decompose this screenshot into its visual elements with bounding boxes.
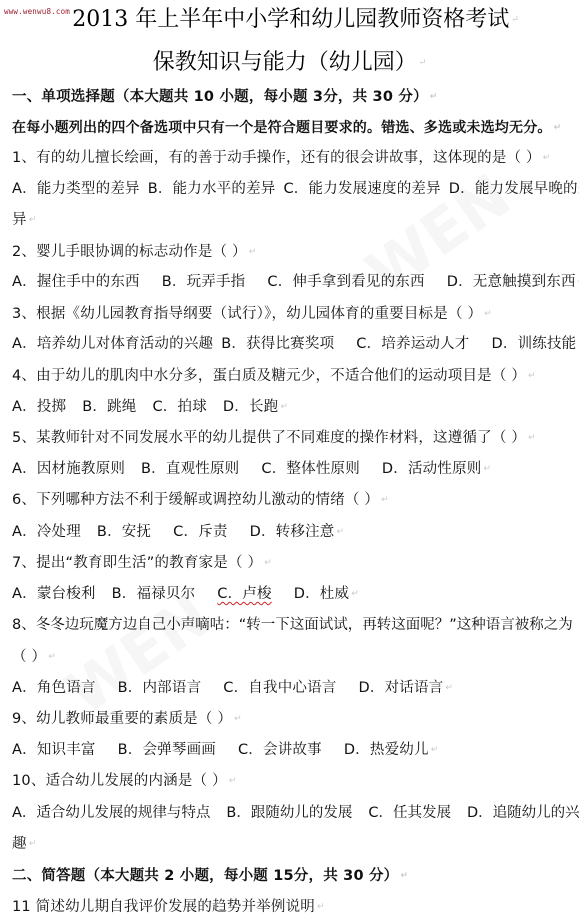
option-a: A．因材施教原则 — [12, 458, 125, 480]
document-subtitle: 保教知识与能力（幼儿园）↵ — [0, 45, 579, 76]
question-4-stem: 4、由于幼儿的肌肉中水分多，蛋白质及糖元少，不适合他们的运动项目是（ ）↵ — [12, 365, 573, 387]
option-b: B．跳绳 — [82, 396, 136, 418]
option-b: B．会弹琴画画 — [118, 739, 216, 761]
option-a: A．能力类型的差异 — [12, 178, 140, 200]
option-d: D．追随幼儿的兴 — [467, 802, 579, 824]
option-b: B．福禄贝尔 — [112, 583, 196, 605]
option-a: A．适合幼儿发展的规律与特点 — [12, 802, 210, 824]
option-a: A．培养幼儿对体育活动的兴趣 — [12, 333, 213, 355]
question-9-stem: 9、幼儿教师最重要的素质是（ ）↵ — [12, 708, 573, 730]
section1-heading: 一、单项选择题（本大题共 10 小题，每小题 3分，共 30 分）↵ — [12, 86, 573, 108]
question-5-stem: 5、某教师针对不同发展水平的幼儿提供了不同难度的操作材料，这遵循了（ ）↵ — [12, 427, 573, 449]
option-c: C．自我中心语言 — [223, 677, 336, 699]
question-1-options-wrap: 异↵ — [12, 209, 573, 231]
question-1-options: A．能力类型的差异B．能力水平的差异C．能力发展速度的差异D．能力发展早晚的差 — [12, 178, 573, 200]
option-c: C．培养运动人才 — [356, 333, 469, 355]
option-a: A．知识丰富 — [12, 739, 96, 761]
option-c: C．伸手拿到看见的东西 — [267, 271, 424, 293]
option-b: B．能力水平的差异 — [148, 178, 276, 200]
option-d: D．对话语言 — [359, 677, 444, 699]
option-c: C．会讲故事 — [238, 739, 322, 761]
question-2-stem: 2、婴儿手眼协调的标志动作是（ ）↵ — [12, 241, 573, 263]
option-a: A．握住手中的东西 — [12, 271, 140, 293]
option-d: D．训练技能 — [492, 333, 577, 355]
question-6-stem: 6、下列哪种方法不利于缓解或调控幼儿激动的情绪（ ）↵ — [12, 489, 573, 511]
question-4-options: A．投掷B．跳绳C．拍球D．长跑↵ — [12, 396, 573, 418]
option-b: B．安抚 — [97, 521, 151, 543]
option-d: D．能力发展早晚的差 — [449, 178, 579, 200]
question-1-stem: 1、有的幼儿擅长绘画，有的善于动手操作，还有的很会讲故事，这体现的是（ ）↵ — [12, 147, 573, 169]
question-7-stem: 7、提出“教育即生活”的教育家是（ ）↵ — [12, 552, 573, 574]
question-3-options: A．培养幼儿对体育活动的兴趣B．获得比赛奖项C．培养运动人才D．训练技能↵ — [12, 333, 573, 355]
option-c: C．卢梭 — [217, 583, 271, 605]
question-8-stem: 8、冬冬边玩魔方边自己小声嘀咕：“转一下这面试试，再转这面呢？”这种语言被称之为 — [12, 614, 573, 636]
option-d: D．热爱幼儿 — [344, 739, 429, 761]
option-b: B．获得比赛奖项 — [221, 333, 334, 355]
question-10-options: A．适合幼儿发展的规律与特点B．跟随幼儿的发展C．任其发展D．追随幼儿的兴 — [12, 802, 573, 824]
option-a: A．蒙台梭利 — [12, 583, 96, 605]
question-10-options-wrap: 趣↵ — [12, 833, 573, 855]
option-b: B．直观性原则 — [141, 458, 239, 480]
option-a: A．角色语言 — [12, 677, 96, 699]
option-b: B．内部语言 — [118, 677, 202, 699]
question-8-stem-wrap: （ ）↵ — [12, 646, 573, 668]
option-d: D．无意触摸到东西 — [447, 271, 576, 293]
option-d: D．转移注意 — [250, 521, 335, 543]
option-d: D．活动性原则 — [382, 458, 482, 480]
question-9-options: A．知识丰富B．会弹琴画画C．会讲故事D．热爱幼儿↵ — [12, 739, 573, 761]
option-c: C．斥责 — [173, 521, 227, 543]
option-c: C．能力发展速度的差异 — [283, 178, 440, 200]
question-6-options: A．冷处理B．安抚C．斥责D．转移注意↵ — [12, 521, 573, 543]
section1-instruction: 在每小题列出的四个备选项中只有一个是符合题目要求的。错选、多选或未选均无分。↵ — [12, 117, 573, 139]
option-c: C．拍球 — [152, 396, 206, 418]
question-3-stem: 3、根据《幼儿园教育指导纲要（试行）》，幼儿园体育的重要目标是（ ）↵ — [12, 303, 573, 325]
question-8-options: A．角色语言B．内部语言C．自我中心语言D．对话语言↵ — [12, 677, 573, 699]
section2-heading: 二、简答题（本大题共 2 小题，每小题 15分，共 30 分）↵ — [12, 865, 573, 887]
option-c: C．整体性原则 — [261, 458, 360, 480]
option-d: D．杜威 — [294, 583, 349, 605]
question-2-options: A．握住手中的东西B．玩弄手指C．伸手拿到看见的东西D．无意触摸到东西↵ — [12, 271, 573, 293]
option-c: C．任其发展 — [368, 802, 451, 824]
option-b: B．跟随幼儿的发展 — [226, 802, 352, 824]
question-10-stem: 10、适合幼儿发展的内涵是（ ）↵ — [12, 770, 573, 792]
option-b: B．玩弄手指 — [162, 271, 246, 293]
question-5-options: A．因材施教原则B．直观性原则C．整体性原则D．活动性原则↵ — [12, 458, 573, 480]
option-d: D．长跑 — [223, 396, 278, 418]
option-a: A．冷处理 — [12, 521, 81, 543]
question-7-options: A．蒙台梭利B．福禄贝尔C．卢梭D．杜威↵ — [12, 583, 573, 605]
document-title: 2013 年上半年中小学和幼儿园教师资格考试↵ — [0, 2, 579, 33]
option-a: A．投掷 — [12, 396, 66, 418]
question-11-stem: 11 简述幼儿期自我评价发展的趋势并举例说明↵ — [12, 896, 573, 918]
